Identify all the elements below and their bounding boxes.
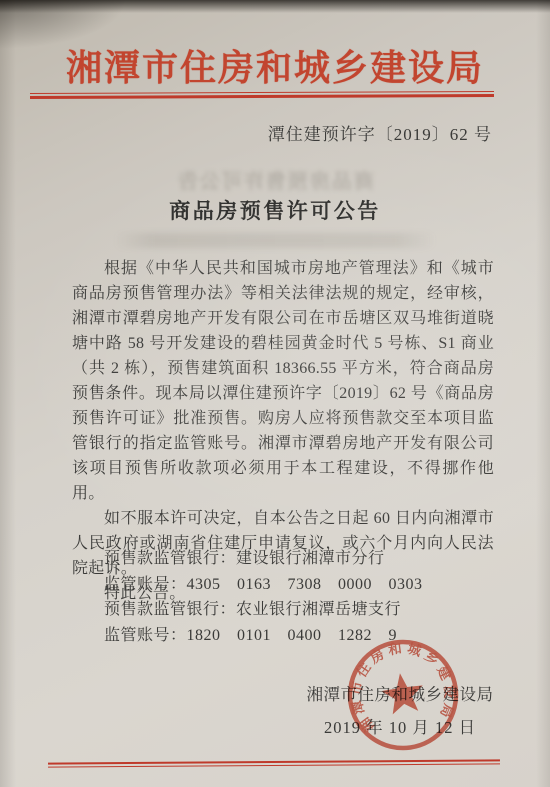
bank-row: 监管账号：4305 0163 7308 0000 0303 bbox=[104, 572, 423, 598]
bank-name: 建设银行湘潭市分行 bbox=[236, 550, 385, 567]
bank-supervision-block: 预售款监管银行：建设银行湘潭市分行 监管账号：4305 0163 7308 00… bbox=[104, 546, 423, 648]
account-label: 监管账号： bbox=[104, 627, 187, 644]
official-seal-stamp: 湘潭市住房和城乡建设局 bbox=[336, 628, 469, 761]
document-page: 湘潭市住房和城乡建设局 潭住建预许字〔2019〕62 号 商品房预售许可公告 商… bbox=[0, 0, 550, 787]
document-number: 潭住建预许字〔2019〕62 号 bbox=[268, 120, 492, 145]
bleedthrough-title-artifact: 商品房预售许可公告 bbox=[0, 165, 550, 194]
account-number: 4305 0163 7308 0000 0303 bbox=[187, 576, 423, 593]
bank-row: 预售款监管银行：农业银行湘潭岳塘支行 bbox=[104, 597, 423, 623]
bank-name: 农业银行湘潭岳塘支行 bbox=[236, 601, 401, 618]
bank-label: 预售款监管银行： bbox=[104, 550, 236, 567]
agency-header-title: 湘潭市住房和城乡建设局 bbox=[0, 40, 550, 91]
seal-star-icon bbox=[379, 670, 426, 715]
announcement-title: 商品房预售许可公告 bbox=[0, 195, 550, 225]
bank-label: 预售款监管银行： bbox=[104, 601, 236, 618]
bank-row: 预售款监管银行：建设银行湘潭市分行 bbox=[104, 546, 423, 572]
account-label: 监管账号： bbox=[104, 576, 187, 593]
paragraph-basis: 根据《中华人民共和国城市房地产管理法》和《城市商品房预售管理办法》等相关法律法规… bbox=[72, 256, 494, 506]
bleedthrough-smear-artifact bbox=[115, 233, 435, 248]
header-red-divider bbox=[30, 91, 494, 99]
footer-red-divider bbox=[48, 759, 500, 767]
